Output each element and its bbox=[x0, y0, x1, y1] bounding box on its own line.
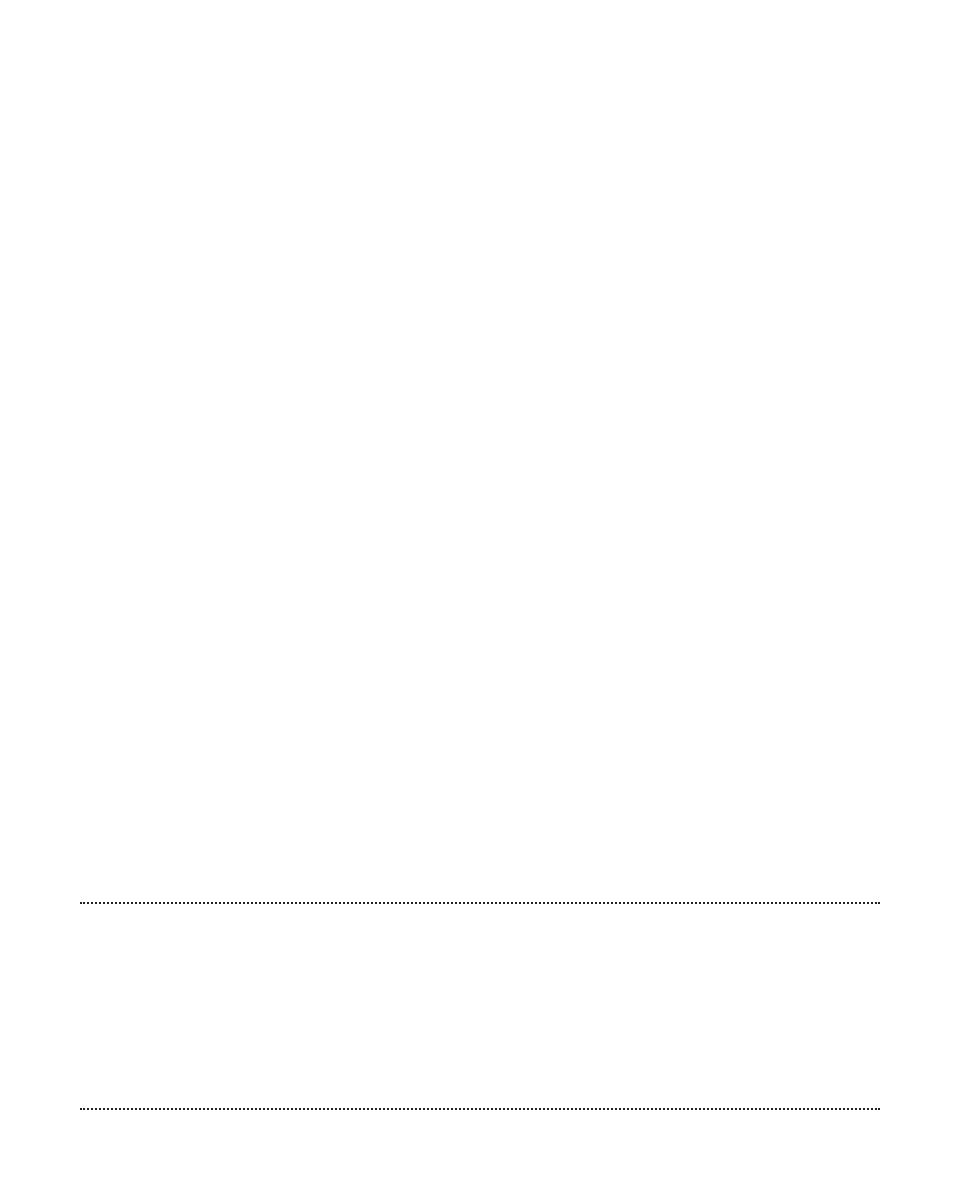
section-heading bbox=[512, 316, 872, 336]
contact-block bbox=[840, 1118, 868, 1150]
advisers-left-column bbox=[148, 712, 508, 732]
divider-dotted-bottom bbox=[80, 1108, 880, 1110]
judges-column bbox=[512, 316, 872, 336]
board-column bbox=[148, 308, 508, 328]
section-heading bbox=[148, 308, 508, 328]
section-heading bbox=[148, 712, 508, 732]
divider-dotted bbox=[80, 902, 880, 904]
